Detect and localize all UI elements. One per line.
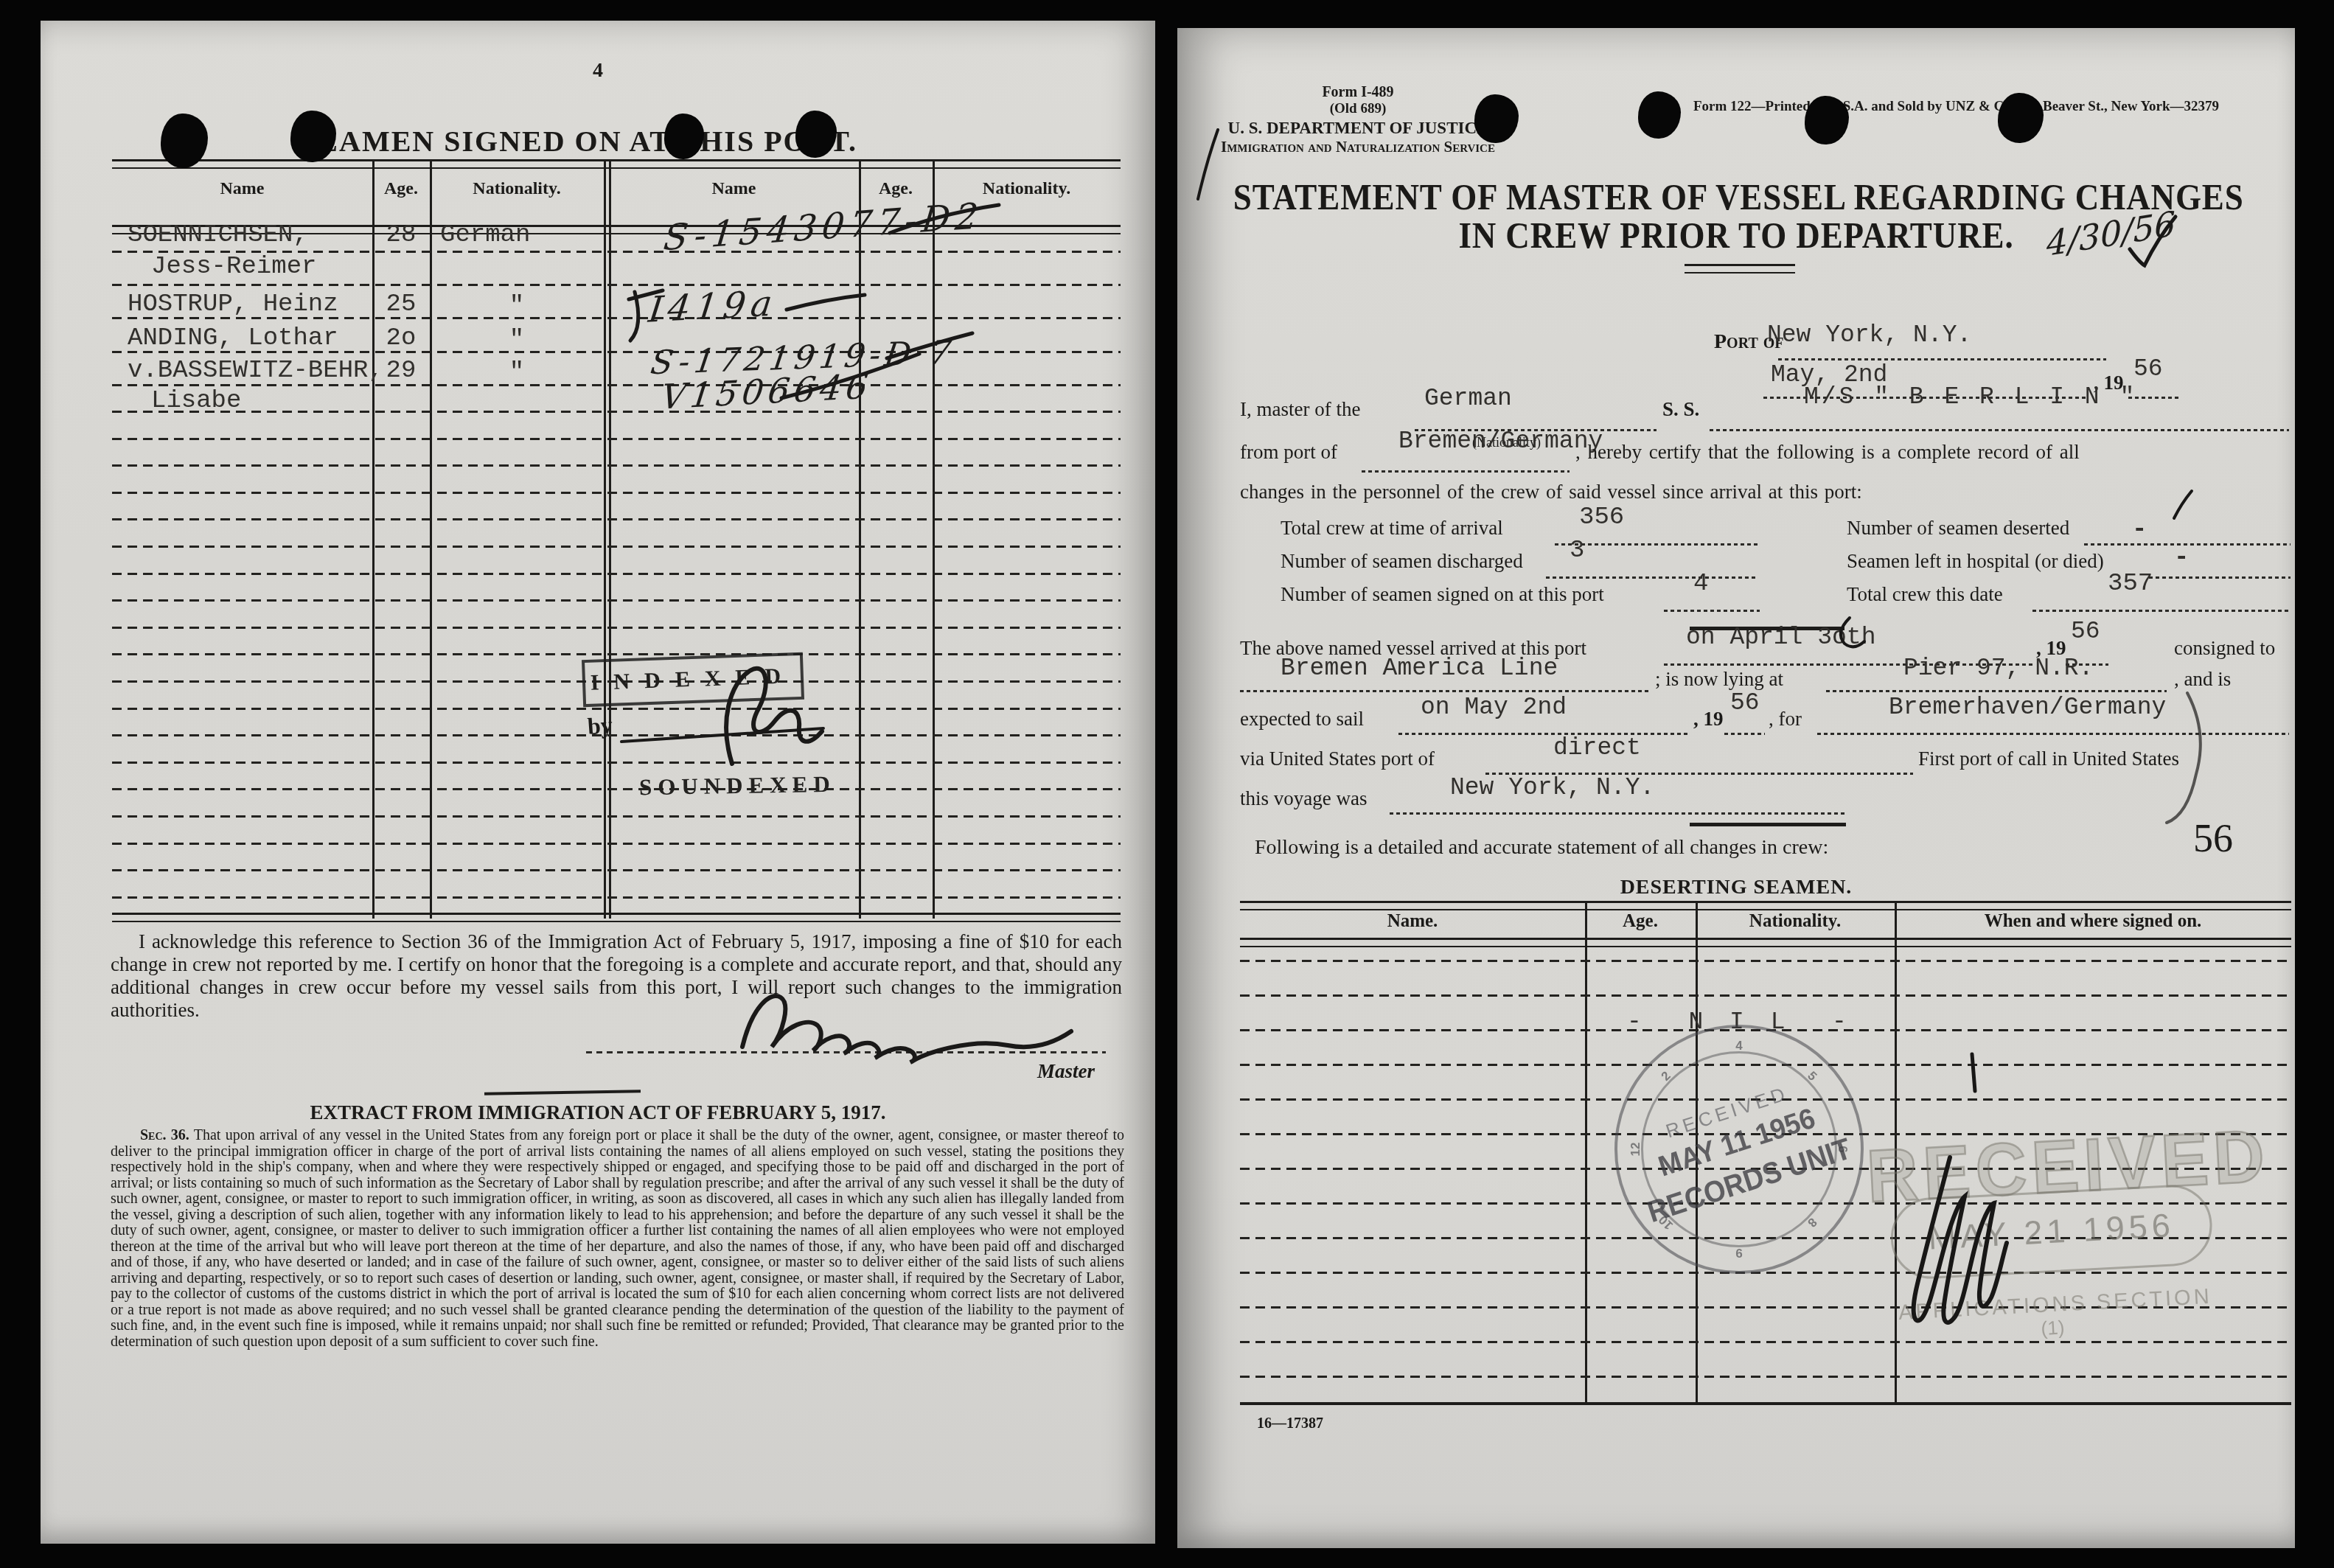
ss-label: S. S. bbox=[1662, 398, 1699, 421]
consignee-value: Bremen America Line bbox=[1281, 655, 1558, 682]
table-row-line bbox=[112, 843, 1121, 845]
table-row-line bbox=[112, 464, 1121, 467]
soundexed-stamp: SOUNDEXED bbox=[639, 771, 836, 801]
arrival-year-value: 56 bbox=[2071, 618, 2100, 645]
table-row-line bbox=[112, 599, 1121, 602]
extract-title: EXTRACT FROM IMMIGRATION ACT OF FEBRUARY… bbox=[41, 1101, 1155, 1124]
stamp-date-pill: MAY 21 1956 bbox=[1889, 1183, 2214, 1281]
stat-label: Total crew this date bbox=[1847, 583, 2003, 606]
crew-age: 25 bbox=[372, 290, 430, 318]
column-header-signed-on: When and where signed on. bbox=[1895, 911, 2291, 932]
blank-line bbox=[1724, 733, 1765, 735]
crew-name: ANDING, Lothar bbox=[128, 324, 338, 352]
punch-hole bbox=[1805, 96, 1849, 144]
table-top-rule bbox=[112, 159, 1121, 169]
arrival-text: , and is bbox=[2174, 668, 2231, 691]
table-column-line bbox=[372, 159, 375, 919]
table-row-line bbox=[112, 734, 1121, 736]
punch-hole bbox=[1638, 91, 1681, 139]
destination-value: Bremerhaven/Germany bbox=[1889, 694, 2166, 721]
master-label: Master bbox=[1037, 1060, 1095, 1083]
arrival-text: consigned to bbox=[2174, 637, 2275, 660]
form-title-line1: STATEMENT OF MASTER OF VESSEL REGARDING … bbox=[1233, 175, 2239, 218]
table-row-line bbox=[112, 492, 1121, 494]
blank-line bbox=[1398, 733, 1690, 735]
table-row-line bbox=[112, 518, 1121, 520]
printer-imprint: Form 122—Printed in U.S.A. and Sold by U… bbox=[1693, 99, 2294, 115]
crew-nationality-ditto: " bbox=[430, 292, 604, 320]
handwritten-file-number: S-1543077-D2 bbox=[662, 195, 986, 259]
form-id-block: Form I-489 (Old 689) U. S. DEPARTMENT OF… bbox=[1199, 84, 1516, 156]
from-port-blank-line bbox=[1362, 470, 1570, 473]
vessel-blank-line bbox=[1710, 429, 2289, 431]
blank-line bbox=[1826, 690, 2167, 692]
column-header-nationality: Nationality. bbox=[1696, 911, 1895, 932]
table-row-line bbox=[1240, 960, 2291, 962]
deserted-tick-stroke bbox=[2174, 491, 2192, 518]
table-row-line bbox=[1240, 1341, 2291, 1343]
punch-hole bbox=[1998, 93, 2044, 143]
column-header-name: Name bbox=[609, 179, 859, 199]
certify-text2: changes in the personnel of the crew of … bbox=[1240, 481, 1862, 503]
table-row-line bbox=[112, 788, 1121, 790]
stat-value-arrival: 356 bbox=[1579, 503, 1624, 532]
scanned-document: 4 SEAMEN SIGNED ON AT THIS PORT. Name Ag… bbox=[0, 0, 2334, 1568]
table-row-line bbox=[112, 762, 1121, 764]
left-page: 4 SEAMEN SIGNED ON AT THIS PORT. Name Ag… bbox=[41, 21, 1155, 1544]
table-row-line bbox=[1240, 994, 2291, 997]
nil-tick-stroke bbox=[1972, 1054, 1975, 1091]
sail-date-value: on May 2nd bbox=[1421, 694, 1567, 721]
crew-nationality: German bbox=[440, 221, 530, 249]
master-signature-line bbox=[586, 1051, 1106, 1053]
table-row-line bbox=[112, 546, 1121, 548]
arrival-date-value: on April 3oth bbox=[1686, 624, 1875, 651]
table-column-line bbox=[430, 159, 432, 919]
table-bottom-rule bbox=[112, 913, 1121, 922]
crew-age: 2o bbox=[372, 324, 430, 352]
table-row-line bbox=[112, 653, 1121, 655]
table-row-line bbox=[112, 815, 1121, 818]
applications-section-stamp: RECEIVED MAY 21 1956 APPLICATIONS SECTIO… bbox=[1865, 1123, 2238, 1348]
arrival-text: , for bbox=[1769, 708, 1802, 731]
arrival-text: ; is now lying at bbox=[1655, 668, 1783, 691]
table-row-line bbox=[112, 411, 1121, 413]
arrival-text: via United States port of bbox=[1240, 748, 1435, 770]
table-top-rule bbox=[1240, 901, 2291, 910]
form-number-old: (Old 689) bbox=[1199, 101, 1516, 117]
section-divider bbox=[1690, 823, 1846, 826]
table-row-line bbox=[112, 284, 1121, 286]
table-column-line bbox=[859, 159, 861, 919]
stat-label: Total crew at time of arrival bbox=[1281, 517, 1503, 540]
page-number: 4 bbox=[41, 59, 1155, 83]
crew-name: SOENNICHSEN, bbox=[128, 221, 308, 249]
stamp-date-text: MAY 21 1956 bbox=[1927, 1206, 2176, 1257]
extract-section-label: Sec. 36. bbox=[140, 1127, 189, 1143]
column-header-age: Age. bbox=[859, 179, 933, 199]
acknowledgment-paragraph: I acknowledge this reference to Section … bbox=[111, 930, 1122, 1022]
arrival-text: this voyage was bbox=[1240, 787, 1367, 810]
first-port-value: New York, N.Y. bbox=[1450, 774, 1654, 801]
form-number: Form I-489 bbox=[1199, 84, 1516, 101]
crew-name: HOSTRUP, Heinz bbox=[128, 290, 338, 318]
check-stroke bbox=[787, 295, 865, 310]
flourish-stroke bbox=[630, 292, 638, 341]
table-row-line bbox=[112, 627, 1121, 629]
crew-name-second-line: Lisabe bbox=[151, 387, 241, 415]
stat-label: Seamen left in hospital (or died) bbox=[1847, 550, 2104, 573]
deserting-seamen-title: DESERTING SEAMEN. bbox=[1177, 876, 2295, 899]
sail-year-value: 56 bbox=[1730, 689, 1760, 717]
form-footnote: 16—17387 bbox=[1257, 1415, 1323, 1432]
stat-blank-line bbox=[1546, 576, 1758, 579]
stat-blank-line bbox=[2149, 576, 2291, 579]
table-row-line bbox=[112, 708, 1121, 710]
indexed-by-line bbox=[621, 728, 823, 742]
nationality-value: German bbox=[1424, 385, 1512, 412]
stat-value-total: 357 bbox=[2108, 570, 2153, 598]
crew-nationality-ditto: " bbox=[430, 358, 604, 386]
service-name: Immigration and Naturalization Service bbox=[1199, 138, 1516, 156]
table-column-line bbox=[609, 159, 611, 919]
table-bottom-rule bbox=[1240, 1402, 2291, 1405]
stat-value-signed: 4 bbox=[1693, 570, 1708, 598]
year-value: 56 bbox=[2133, 355, 2163, 383]
records-unit-stamp: 1224568910 RECEIVED MAY 11 1956 RECORDS … bbox=[1614, 1025, 1864, 1274]
arrival-text: First port of call in United States bbox=[1918, 748, 2179, 770]
stat-label: Number of seamen signed on at this port bbox=[1281, 583, 1604, 606]
table-header-rule bbox=[1240, 938, 2291, 947]
stat-label: Number of seamen discharged bbox=[1281, 550, 1523, 573]
extract-body-text: That upon arrival of any vessel in the U… bbox=[111, 1127, 1124, 1350]
column-header-name: Name bbox=[112, 179, 372, 199]
right-page: Form I-489 (Old 689) U. S. DEPARTMENT OF… bbox=[1177, 28, 2295, 1548]
certify-text: , hereby certify that the following is a… bbox=[1575, 441, 2080, 464]
indexed-by-label: by bbox=[587, 711, 613, 740]
blank-line bbox=[1390, 812, 1847, 815]
indexed-stamp: INDEXED bbox=[582, 652, 804, 707]
stat-label: Number of seamen deserted bbox=[1847, 517, 2069, 540]
blank-line bbox=[1240, 690, 1649, 692]
crew-nationality-ditto: " bbox=[430, 326, 604, 354]
crew-age: 29 bbox=[372, 357, 430, 385]
table-column-line bbox=[1585, 901, 1587, 1405]
from-port-value: Bremen/Germany bbox=[1398, 428, 1603, 455]
extract-paragraph: Sec. 36. That upon arrival of any vessel… bbox=[111, 1128, 1124, 1350]
title-underline bbox=[1685, 264, 1795, 273]
arrival-text: expected to sail bbox=[1240, 708, 1364, 731]
stamp-note-text: (1) bbox=[2041, 1316, 2065, 1340]
table-column-line bbox=[604, 159, 606, 919]
from-port-label: from port of bbox=[1240, 441, 1337, 464]
column-header-age: Age. bbox=[372, 179, 430, 199]
stat-blank-line bbox=[2032, 610, 2291, 612]
stat-blank-line bbox=[1664, 610, 1760, 612]
table-row-line bbox=[112, 438, 1121, 440]
department-name: U. S. DEPARTMENT OF JUSTICE bbox=[1199, 119, 1516, 138]
stat-value-hospital: - bbox=[2174, 544, 2189, 572]
year-prefix: , 19 bbox=[1693, 708, 1724, 731]
following-statement: Following is a detailed and accurate sta… bbox=[1255, 836, 1828, 860]
port-value: New York, N.Y. bbox=[1767, 321, 1971, 349]
table-row-line bbox=[112, 896, 1121, 899]
sheet-number: 56 bbox=[2193, 815, 2233, 861]
stat-value-deserted: - bbox=[2132, 516, 2147, 544]
column-header-nationality: Nationality. bbox=[430, 179, 604, 199]
stat-blank-line bbox=[1555, 543, 1758, 546]
master-prefix: I, master of the bbox=[1240, 398, 1360, 421]
crew-name: v.BASSEWITZ-BEHR, bbox=[128, 357, 383, 385]
via-port-value: direct bbox=[1553, 734, 1641, 762]
crew-age: 28 bbox=[372, 221, 430, 249]
section-divider bbox=[484, 1090, 641, 1095]
table-row-line bbox=[1240, 1376, 2291, 1378]
handwritten-file-number: I419a bbox=[647, 282, 780, 331]
table-row-line bbox=[112, 869, 1121, 871]
blank-line bbox=[1817, 733, 2289, 735]
pier-value: Pier 97, N.R. bbox=[1903, 655, 2093, 682]
stat-value-discharged: 3 bbox=[1570, 537, 1584, 565]
crew-name-second-line: Jess-Reimer bbox=[151, 253, 316, 281]
column-header-name: Name. bbox=[1240, 911, 1585, 932]
vessel-name: M/S " B E R L I N " bbox=[1804, 383, 2137, 411]
port-blank-line bbox=[1778, 358, 2106, 360]
column-header-age: Age. bbox=[1585, 911, 1696, 932]
table-column-line bbox=[933, 159, 935, 919]
table-row-line bbox=[112, 573, 1121, 575]
